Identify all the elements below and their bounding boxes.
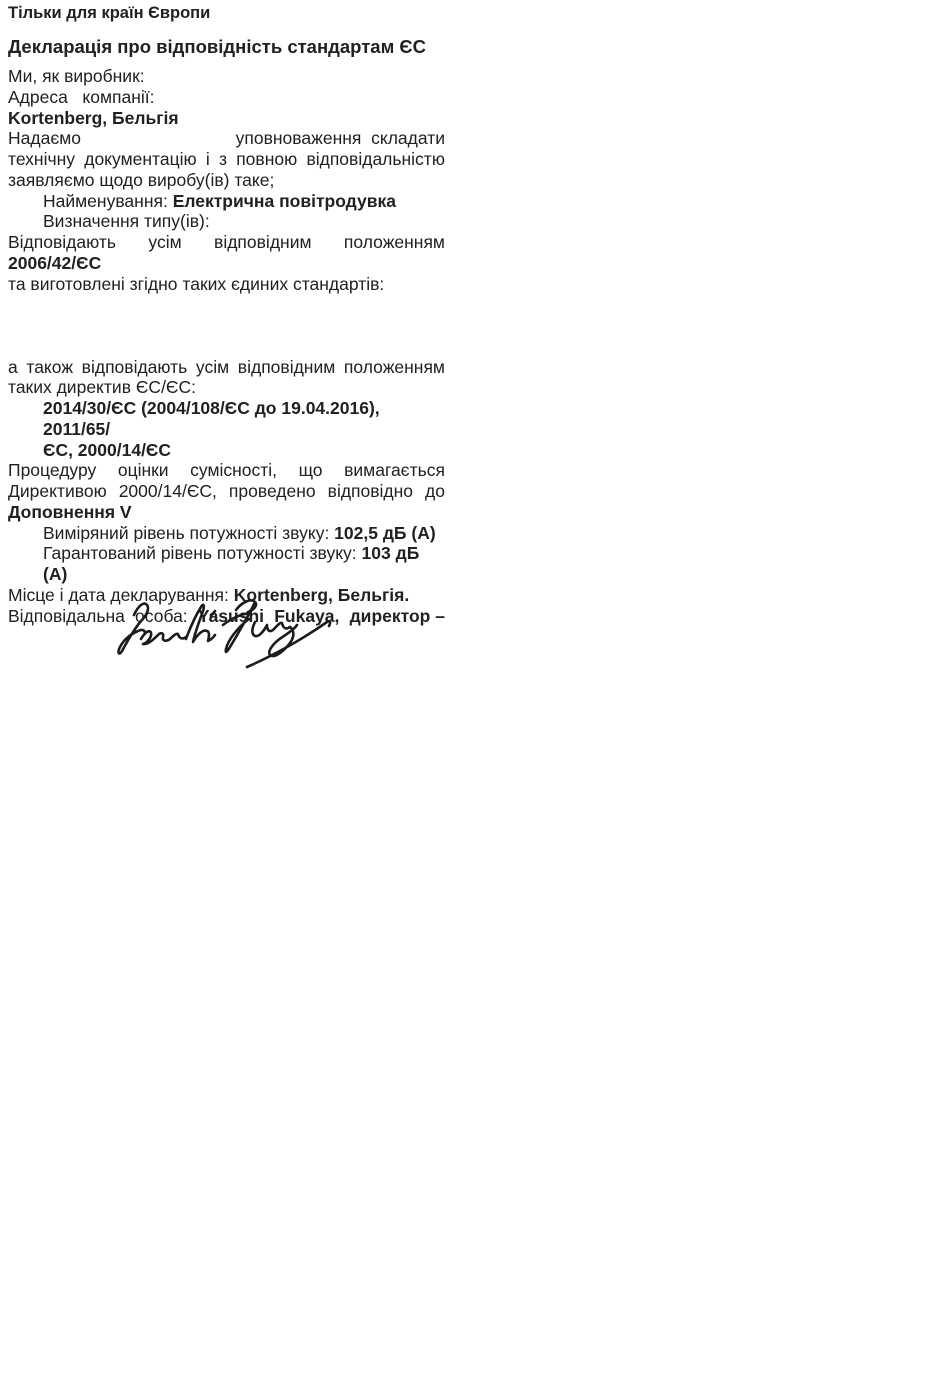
document-page: Тільки для країн Європи Декларація про в… [0,0,950,1383]
blank-standards-field [8,294,445,356]
line-directive-2006-42: 2006/42/ЄС [8,253,445,274]
line-type-designation: Визначення типу(ів): [8,211,445,232]
line-conformity-procedure-1: Процедуру оцінки сумісності, що вимагаєт… [8,460,445,481]
line-we-as-manufacturer: Ми, як виробник: [8,66,445,87]
region-note: Тільки для країн Європи [8,3,445,24]
measured-sound-value: 102,5 дБ (А) [334,523,436,543]
line-designation: Найменування: Електрична повітродувка [8,191,445,212]
line-company-address-value: Kortenberg, Бельгія [8,108,445,129]
line-annex-v: Доповнення V [8,502,445,523]
designation-value: Електрична повітродувка [173,191,396,211]
line-also-comply: а також відповідають усім відповідним по… [8,357,445,378]
measured-sound-label: Виміряний рівень потужності звуку: [43,523,334,543]
line-declare-product: заявляємо щодо виробу(ів) таке; [8,170,445,191]
signature-image [115,594,340,674]
declaration-text-block: Тільки для країн Європи Декларація про в… [8,3,445,626]
line-measured-sound-power: Виміряний рівень потужності звуку: 102,5… [8,523,445,544]
line-conformity-procedure-2: Директивою 2000/14/ЄС, проведено відпові… [8,481,445,502]
line-technical-documentation: технічну документацію і з повною відпові… [8,149,445,170]
line-directives-list-2: ЄС, 2000/14/ЄС [8,440,445,461]
line-directives-label: таких директив ЄС/ЄС: [8,377,445,398]
line-authorization: Надаємо уповноваження складати [8,128,445,149]
line-directives-list-1: 2014/30/ЄС (2004/108/ЄС до 19.04.2016), … [8,398,445,440]
line-comply-provisions: Відповідають усім відповідним положенням [8,232,445,253]
designation-label: Найменування: [43,191,173,211]
declaration-body: Ми, як виробник: Адреса компанії: Korten… [8,66,445,626]
authorization-left-text: Надаємо [8,128,81,149]
line-manufactured-standards: та виготовлені згідно таких єдиних станд… [8,274,445,295]
doc-title: Декларація про відповідність стандартам … [8,36,445,58]
guaranteed-sound-label: Гарантований рівень потужності звуку: [43,543,362,563]
line-company-address-label: Адреса компанії: [8,87,445,108]
line-guaranteed-sound-power: Гарантований рівень потужності звуку: 10… [8,543,445,585]
authorization-right-text: уповноваження складати [236,128,445,149]
